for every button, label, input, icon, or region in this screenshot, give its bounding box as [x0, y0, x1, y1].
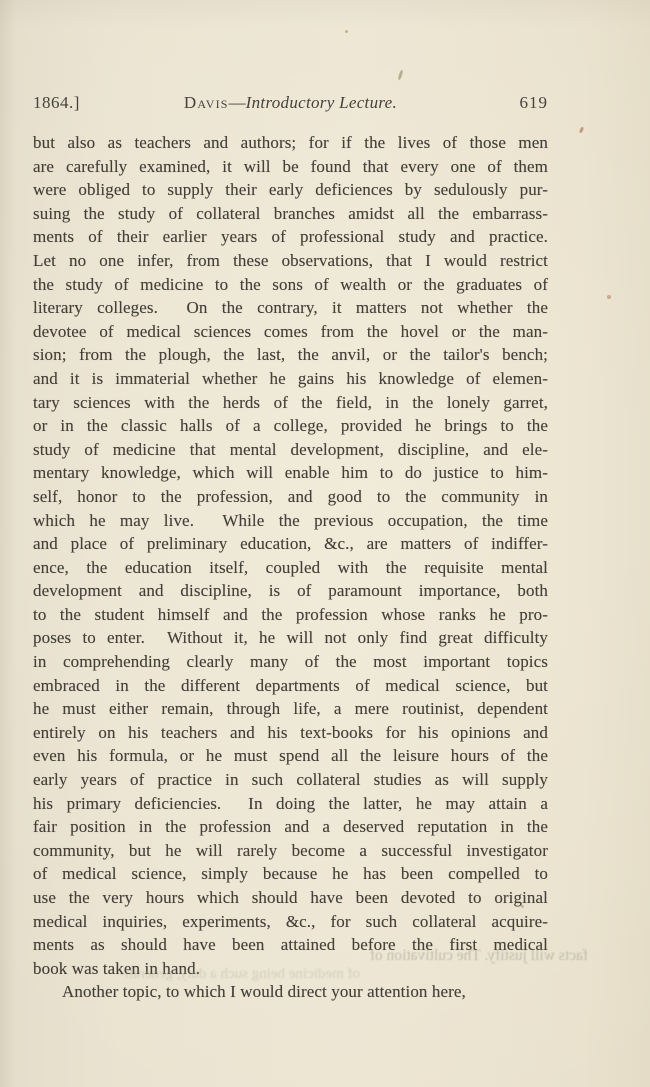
- text-line: suing the study of collateral branches a…: [33, 202, 548, 226]
- text-line: were obliged to supply their early defic…: [33, 178, 548, 202]
- text-line: he must either remain, through life, a m…: [33, 697, 548, 721]
- text-line: Let no one infer, from these observation…: [33, 249, 548, 273]
- running-title-lecture: Introductory Lecture.: [246, 93, 397, 112]
- text-line: medical inquiries, experiments, &c., for…: [33, 910, 548, 934]
- text-line: even his formula, or he must spend all t…: [33, 744, 548, 768]
- body-text: but also as teachers and authors; for if…: [33, 131, 548, 1004]
- text-line: which he may live. While the previous oc…: [33, 509, 548, 533]
- text-line: self, honor to the profession, and good …: [33, 485, 548, 509]
- running-title-author: Davis: [184, 93, 229, 112]
- paragraph-start-line: Another topic, to which I would direct y…: [33, 980, 548, 1004]
- text-line: of medical science, simply because he ha…: [33, 862, 548, 886]
- text-line: community, but he will rarely become a s…: [33, 839, 548, 863]
- paper-speck: [345, 30, 348, 33]
- text-line: but also as teachers and authors; for if…: [33, 131, 548, 155]
- page-header: 1864.] Davis—Introductory Lecture. 619: [33, 93, 548, 117]
- running-title: Davis—Introductory Lecture.: [33, 93, 548, 113]
- pencil-mark: [398, 70, 404, 80]
- text-line: early years of practice in such collater…: [33, 768, 548, 792]
- text-line: fair position in the profession and a de…: [33, 815, 548, 839]
- text-line: tary sciences with the herds of the fiel…: [33, 391, 548, 415]
- running-title-dash: —: [229, 93, 246, 112]
- text-line: and place of preliminary education, &c.,…: [33, 532, 548, 556]
- text-line: are carefully examined, it will be found…: [33, 155, 548, 179]
- text-line: ence, the education itself, coupled with…: [33, 556, 548, 580]
- paper-speck: [579, 127, 584, 134]
- text-line: or in the classic halls of a college, pr…: [33, 414, 548, 438]
- text-line: ments of their earlier years of professi…: [33, 225, 548, 249]
- text-line: in comprehending clearly many of the mos…: [33, 650, 548, 674]
- text-line: use the very hours which should have bee…: [33, 886, 548, 910]
- text-line: study of medicine that mental developmen…: [33, 438, 548, 462]
- text-line: his primary deficiencies. In doing the l…: [33, 792, 548, 816]
- text-line: and it is immaterial whether he gains hi…: [33, 367, 548, 391]
- text-line: development and discipline, is of paramo…: [33, 579, 548, 603]
- text-line: book was taken in hand.: [33, 957, 548, 981]
- text-line: mentary knowledge, which will enable him…: [33, 461, 548, 485]
- paper-speck: [607, 295, 611, 299]
- text-line: the study of medicine to the sons of wea…: [33, 273, 548, 297]
- text-line: literary colleges. On the contrary, it m…: [33, 296, 548, 320]
- text-line: embraced in the different departments of…: [33, 674, 548, 698]
- text-line: entirely on his teachers and his text-bo…: [33, 721, 548, 745]
- text-line: ments as should have been attained befor…: [33, 933, 548, 957]
- text-line: sion; from the plough, the last, the anv…: [33, 343, 548, 367]
- text-line: devotee of medical sciences comes from t…: [33, 320, 548, 344]
- book-page-scan: 1864.] Davis—Introductory Lecture. 619 b…: [0, 0, 650, 1087]
- text-line: to the student himself and the professio…: [33, 603, 548, 627]
- text-line: poses to enter. Without it, he will not …: [33, 626, 548, 650]
